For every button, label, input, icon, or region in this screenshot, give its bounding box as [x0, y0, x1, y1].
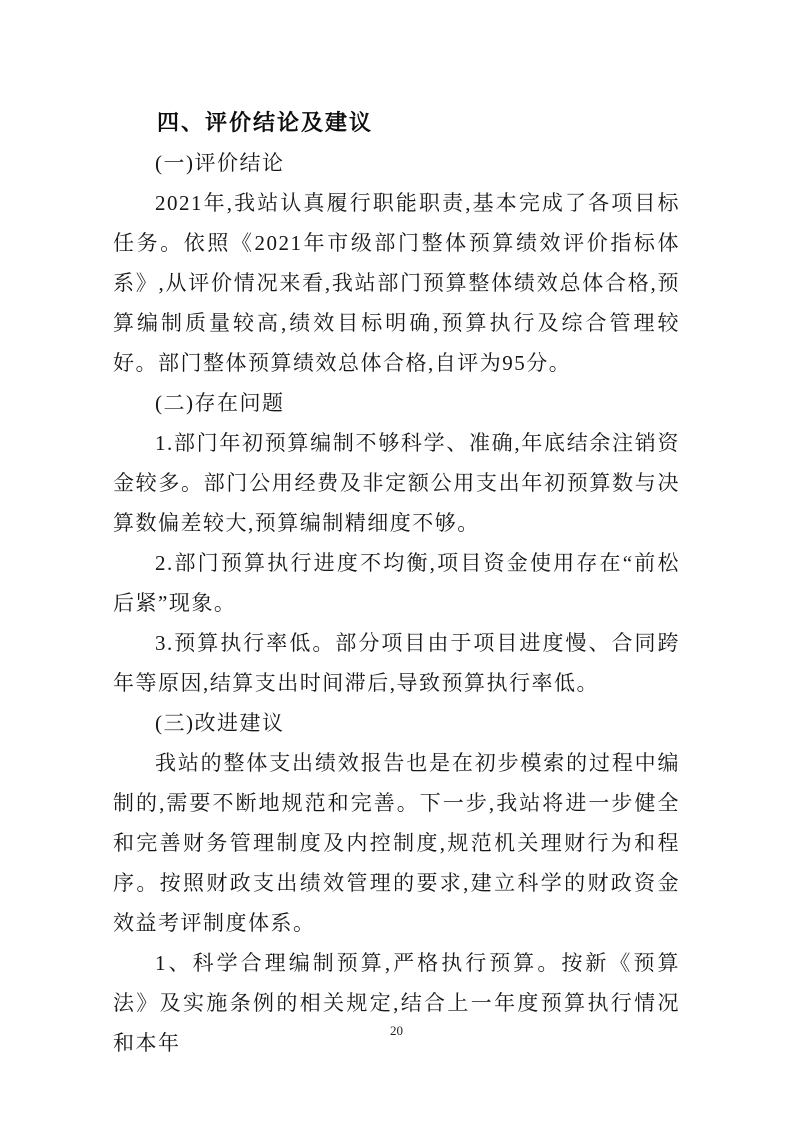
- document-page: 四、评价结论及建议 (一)评价结论 2021年,我站认真履行职能职责,基本完成了…: [0, 0, 793, 1122]
- section-subheading: (二)存在问题: [113, 383, 680, 423]
- paragraph: 2021年,我站认真履行职能职责,基本完成了各项目标任务。依照《2021年市级部…: [113, 183, 680, 383]
- paragraph: 1、科学合理编制预算,严格执行预算。按新《预算法》及实施条例的相关规定,结合上一…: [113, 943, 680, 1063]
- section-subheading: (一)评价结论: [113, 143, 680, 183]
- page-number: 20: [390, 1023, 403, 1038]
- page-footer: 20: [0, 1022, 793, 1040]
- paragraph: 我站的整体支出绩效报告也是在初步模索的过程中编制的,需要不断地规范和完善。下一步…: [113, 743, 680, 943]
- section-subheading: (三)改进建议: [113, 703, 680, 743]
- paragraph: 2.部门预算执行进度不均衡,项目资金使用存在“前松后紧”现象。: [113, 543, 680, 623]
- section-heading: 四、评价结论及建议: [113, 103, 680, 143]
- paragraph: 3.预算执行率低。部分项目由于项目进度慢、合同跨年等原因,结算支出时间滞后,导致…: [113, 623, 680, 703]
- paragraph: 1.部门年初预算编制不够科学、准确,年底结余注销资金较多。部门公用经费及非定额公…: [113, 423, 680, 543]
- document-content: 四、评价结论及建议 (一)评价结论 2021年,我站认真履行职能职责,基本完成了…: [113, 103, 680, 1063]
